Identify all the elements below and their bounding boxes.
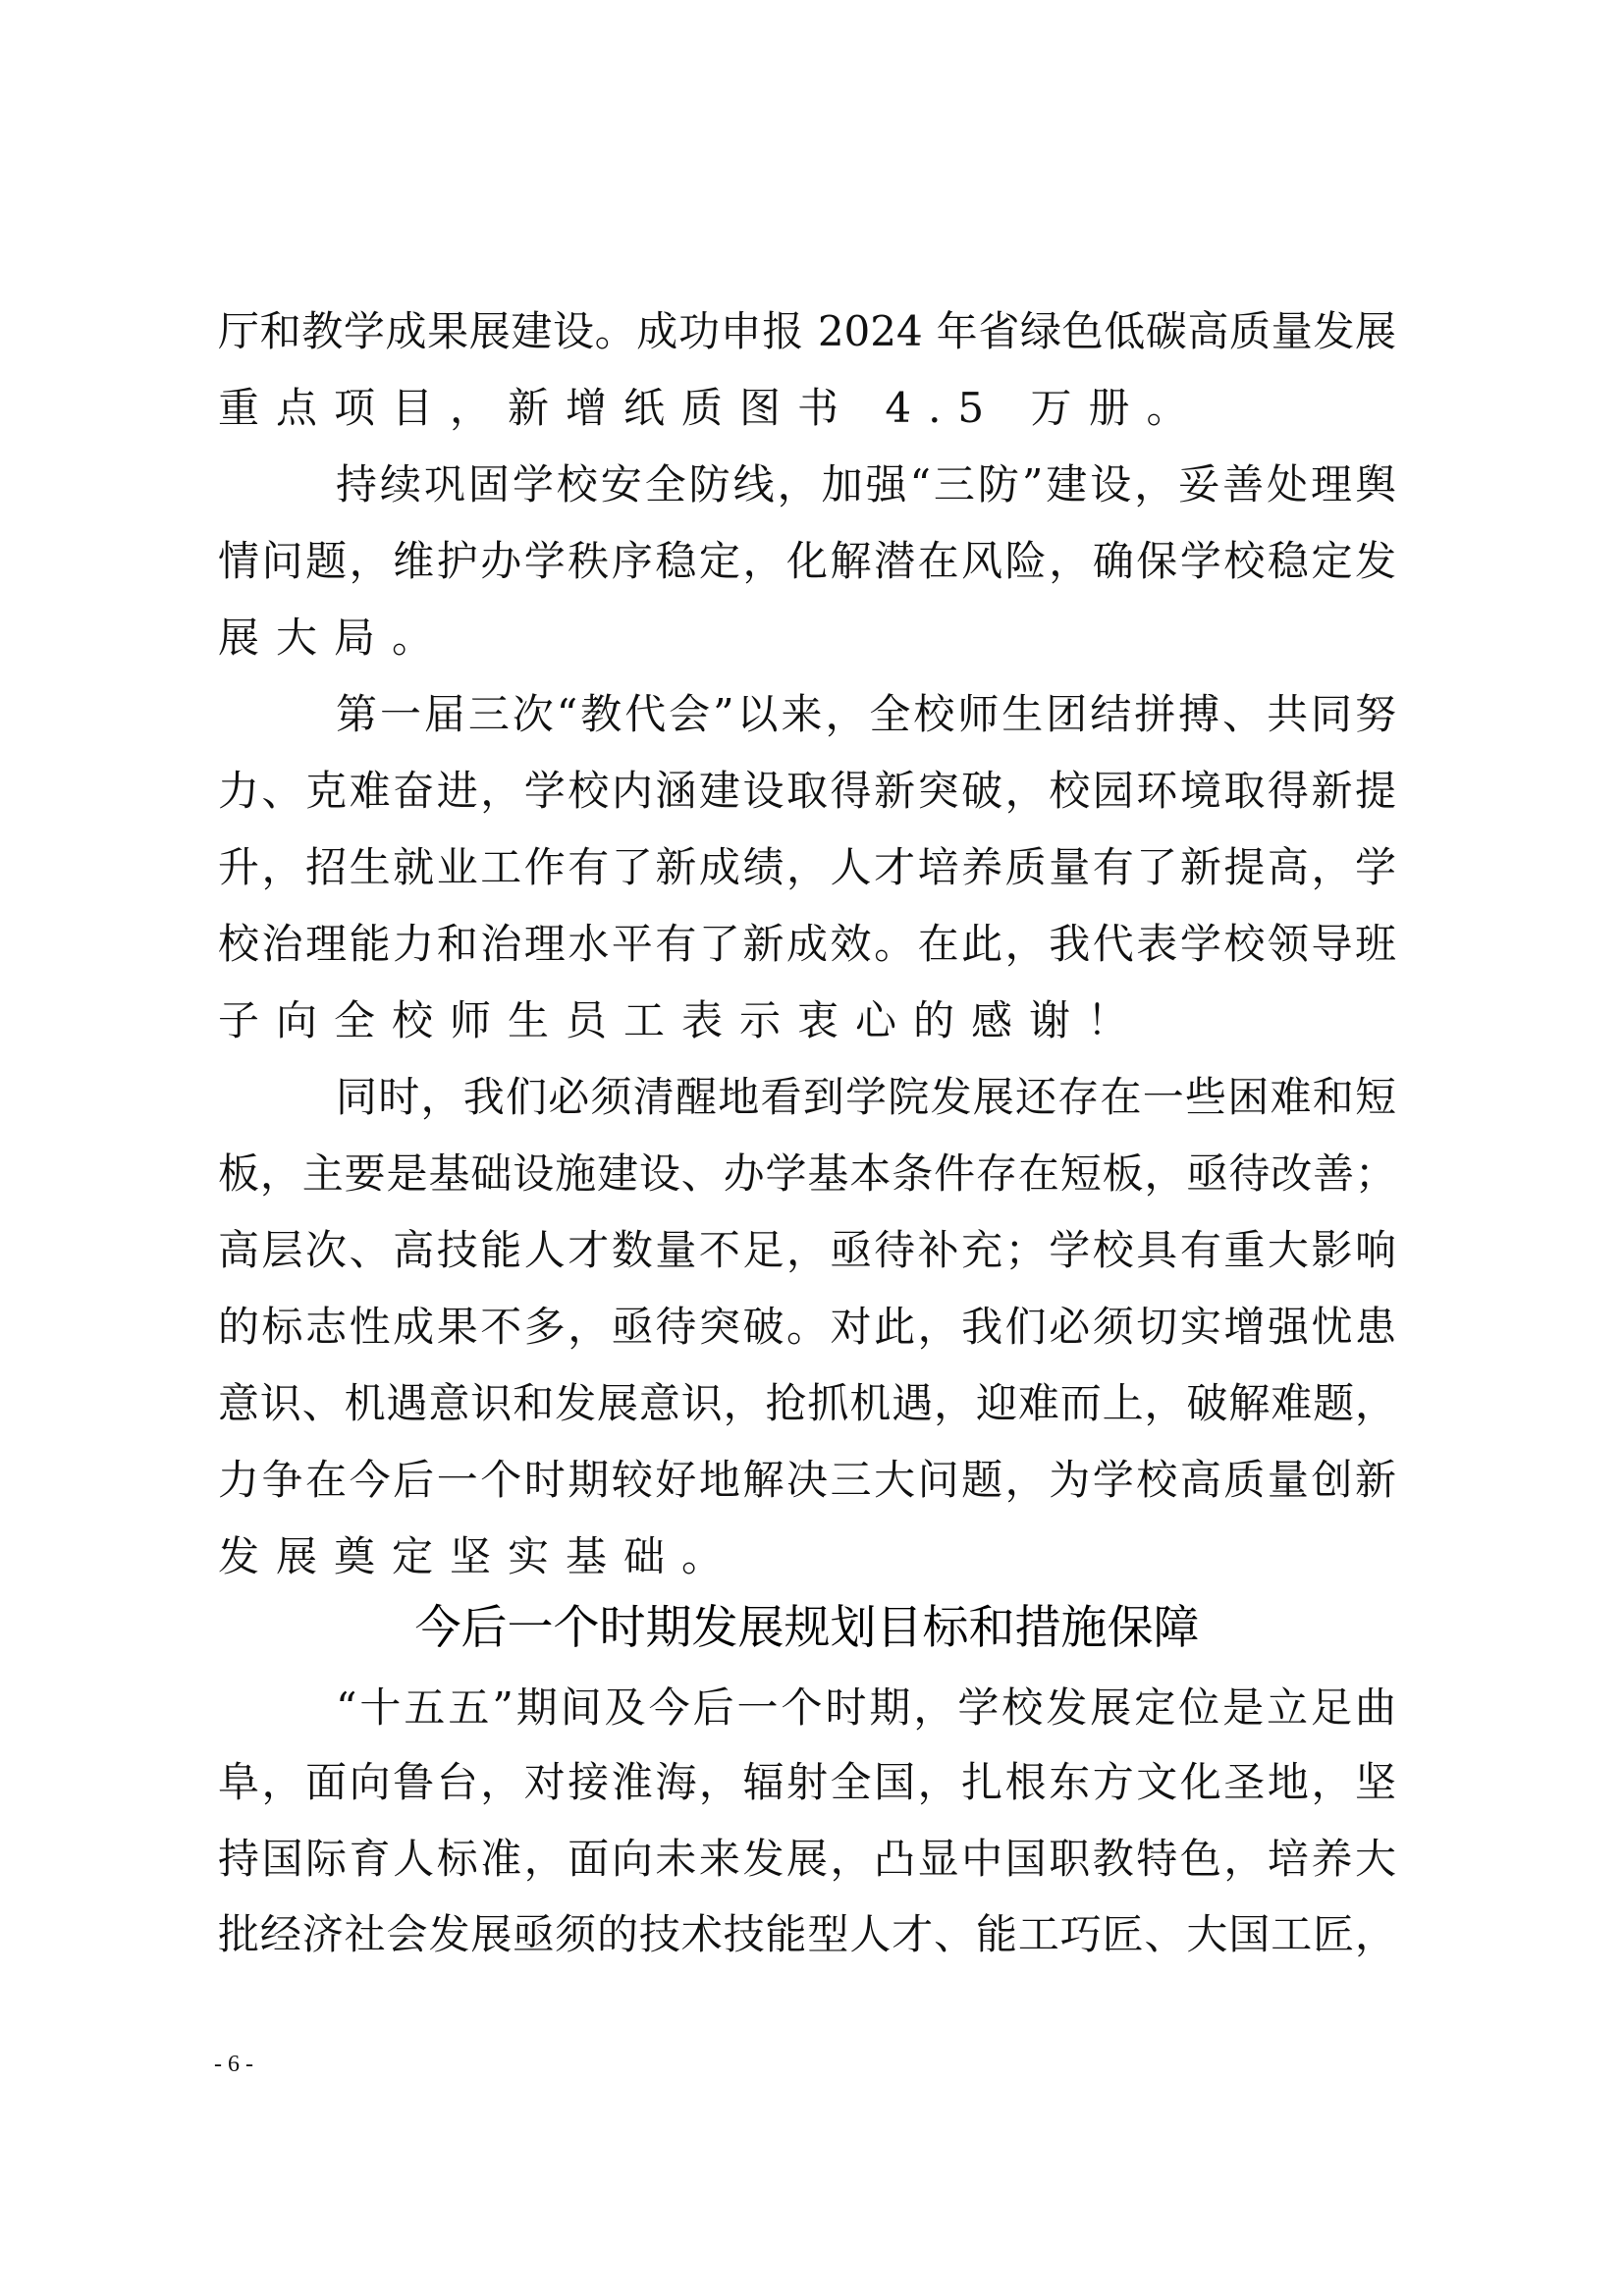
paragraph-line: 同时，我们必须清醒地看到学院发展还存在一些困难和短 bbox=[336, 1059, 1396, 1136]
paragraph-line: 情问题，维护办学秩序稳定，化解潜在风险，确保学校稳定发 bbox=[218, 523, 1396, 600]
paragraph-line: 发展奠定坚实基础。 bbox=[218, 1519, 1396, 1595]
paragraph-line: 高层次、高技能人才数量不足，亟待补充；学校具有重大影响 bbox=[218, 1212, 1396, 1289]
document-page: 厅和教学成果展建设。成功申报 2024 年省绿色低碳高质量发展 重点项目，新增纸… bbox=[0, 0, 1623, 2296]
paragraph-line: 第一届三次“教代会”以来，全校师生团结拼搏、共同努 bbox=[336, 676, 1396, 753]
paragraph-line: 厅和教学成果展建设。成功申报 2024 年省绿色低碳高质量发展 bbox=[218, 294, 1396, 370]
paragraph-line: 力、克难奋进，学校内涵建设取得新突破，校园环境取得新提 bbox=[218, 753, 1396, 829]
paragraph-line: 持续巩固学校安全防线，加强“三防”建设，妥善处理舆 bbox=[336, 447, 1396, 523]
paragraph-line: 的标志性成果不多，亟待突破。对此，我们必须切实增强忧患 bbox=[218, 1289, 1396, 1365]
paragraph-line: “十五五”期间及今后一个时期，学校发展定位是立足曲 bbox=[336, 1670, 1396, 1746]
paragraph-line: 子向全校师生员工表示衷心的感谢！ bbox=[218, 983, 1396, 1059]
page-number: - 6 - bbox=[214, 2052, 253, 2078]
section-heading: 今后一个时期发展规划目标和措施保障 bbox=[218, 1590, 1396, 1667]
paragraph-line: 展大局。 bbox=[218, 600, 1396, 676]
paragraph-line: 意识、机遇意识和发展意识，抢抓机遇，迎难而上，破解难题， bbox=[218, 1365, 1396, 1442]
paragraph-line: 校治理能力和治理水平有了新成效。在此，我代表学校领导班 bbox=[218, 906, 1396, 983]
paragraph-line: 持国际育人标准，面向未来发展，凸显中国职教特色，培养大 bbox=[218, 1821, 1396, 1897]
paragraph-line: 板，主要是基础设施建设、办学基本条件存在短板，亟待改善； bbox=[218, 1136, 1396, 1212]
paragraph-line: 重点项目，新增纸质图书 4.5 万册。 bbox=[218, 370, 1396, 447]
paragraph-line: 力争在今后一个时期较好地解决三大问题，为学校高质量创新 bbox=[218, 1442, 1396, 1519]
paragraph-line: 批经济社会发展亟须的技术技能型人才、能工巧匠、大国工匠， bbox=[218, 1896, 1396, 1973]
paragraph-line: 阜，面向鲁台，对接淮海，辐射全国，扎根东方文化圣地，坚 bbox=[218, 1744, 1396, 1821]
paragraph-line: 升，招生就业工作有了新成绩，人才培养质量有了新提高，学 bbox=[218, 829, 1396, 906]
